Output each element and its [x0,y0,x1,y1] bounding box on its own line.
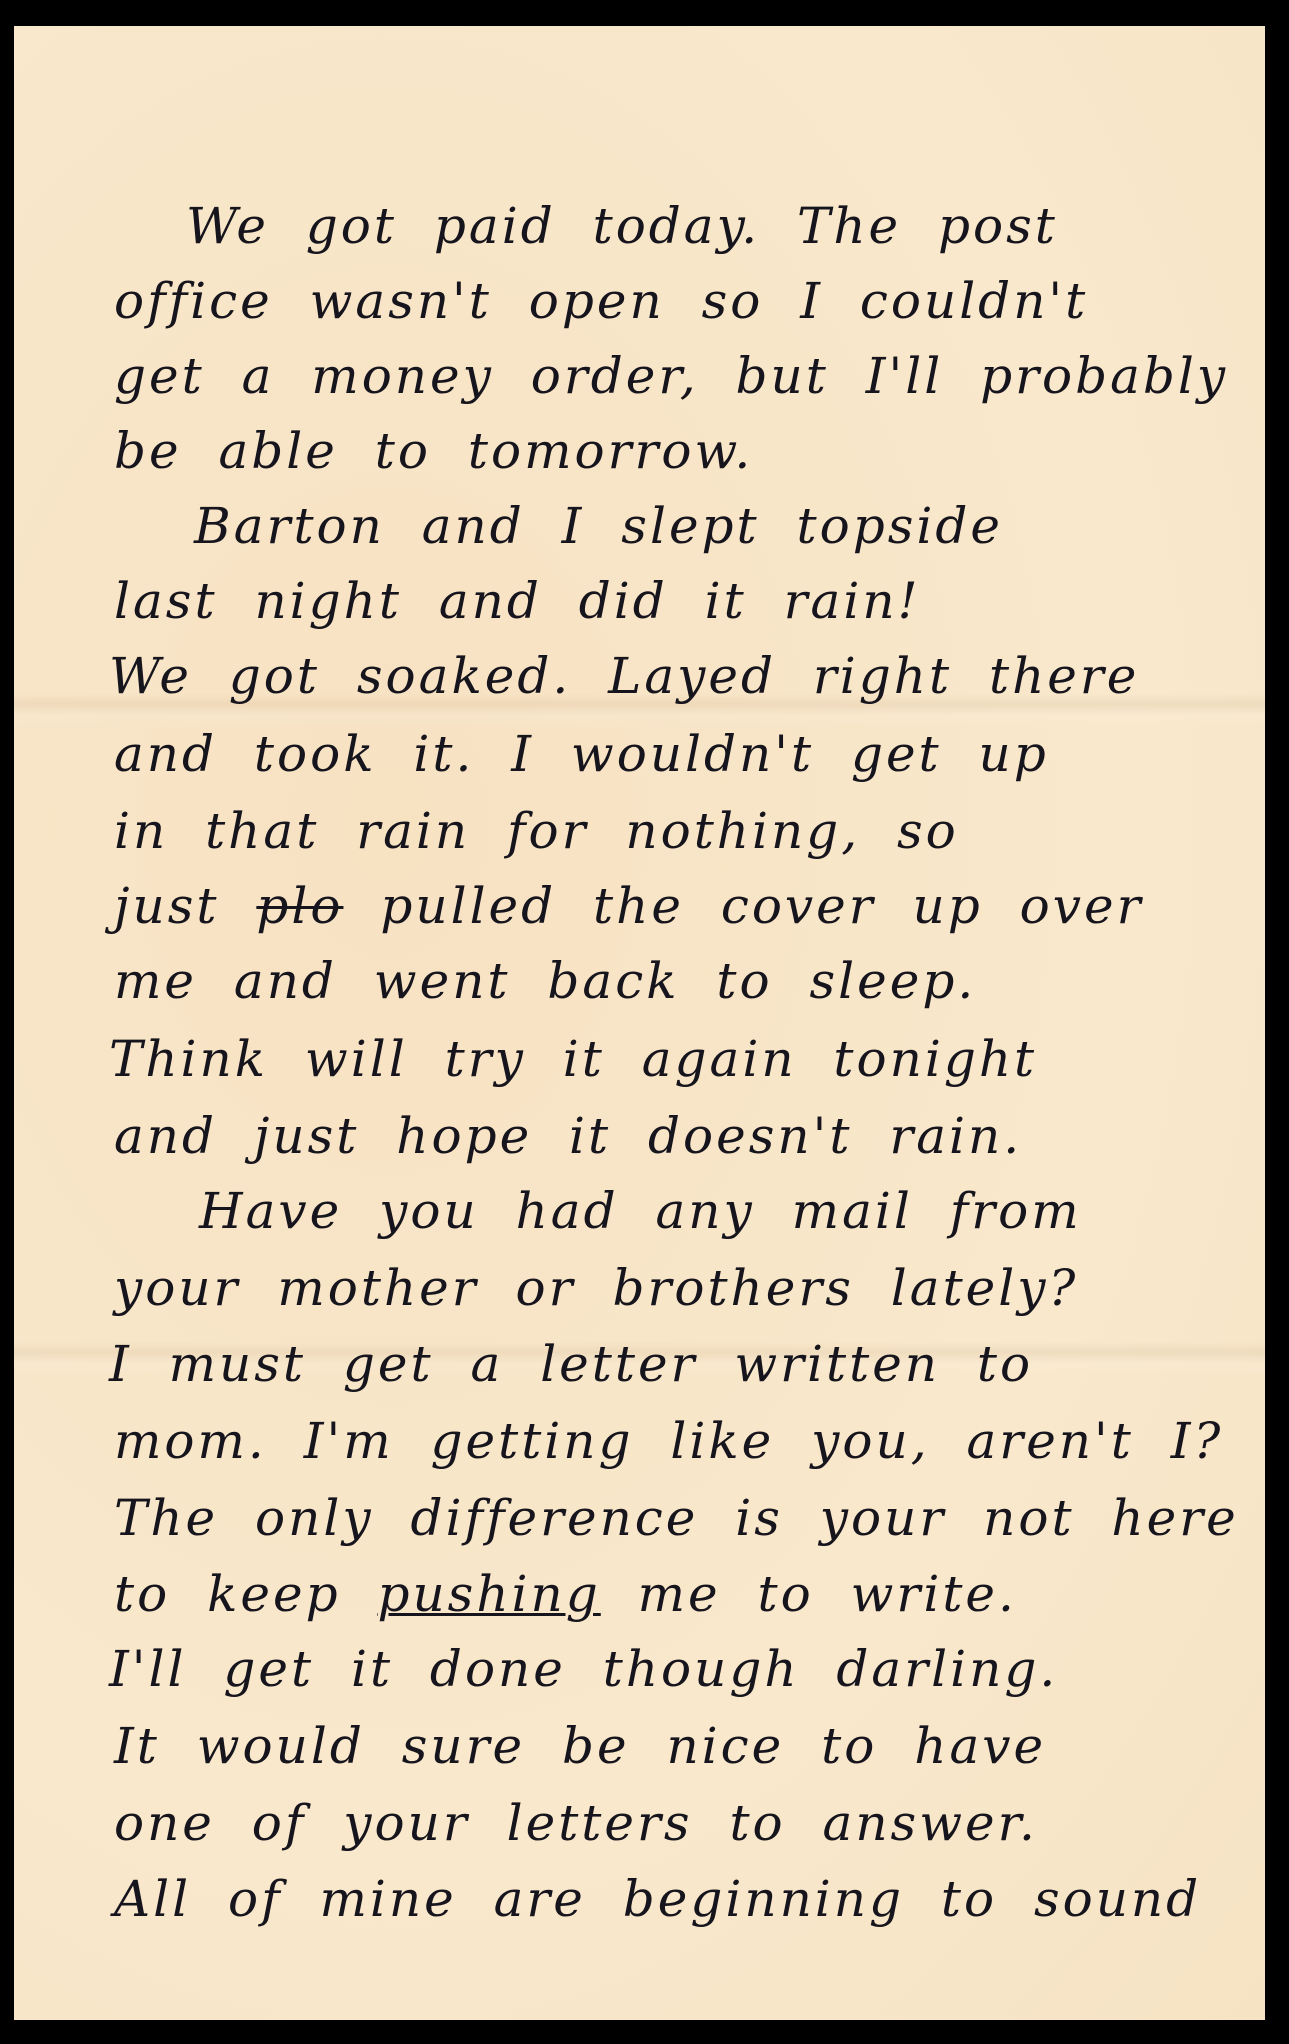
underlined-word: pushing [377,1565,600,1623]
line-text: last night and did it rain! [114,572,921,630]
handwritten-line: just plo pulled the cover up over [114,876,1144,936]
handwritten-line: and just hope it doesn't rain. [114,1106,1022,1166]
line-text: We got paid today. The post [186,197,1058,255]
handwritten-line: We got paid today. The post [186,196,1058,256]
line-text: Have you had any mail from [199,1182,1082,1240]
line-text: office wasn't open so I couldn't [114,272,1088,330]
handwritten-line: get a money order, but I'll probably [114,346,1228,406]
line-text: just [114,877,256,935]
line-text: be able to tomorrow. [114,422,753,480]
handwritten-line: and took it. I wouldn't get up [114,724,1049,784]
handwritten-line: I must get a letter written to [109,1334,1033,1394]
line-text: I must get a letter written to [109,1335,1033,1393]
handwritten-line: Barton and I slept topside [194,496,1003,556]
line-text: in [114,802,205,860]
line-text: and just hope it doesn't rain. [114,1107,1022,1165]
handwritten-line: in that rain for nothing, so [114,801,959,861]
line-text: mom. I'm getting like you, aren't I? [114,1412,1223,1470]
handwritten-line: We got soaked. Layed right there [109,646,1139,706]
line-text: that [205,802,319,860]
handwritten-line: be able to tomorrow. [114,421,753,481]
line-text: Barton and I slept topside [194,497,1003,555]
line-text: me to write. [601,1565,1017,1623]
line-text: to keep [114,1565,377,1623]
line-text: your mother or brothers lately? [114,1259,1078,1317]
handwritten-line: office wasn't open so I couldn't [114,271,1088,331]
line-text: get a money order, but I'll probably [114,347,1228,405]
handwritten-line: mom. I'm getting like you, aren't I? [114,1411,1223,1471]
handwritten-line: Think will try it again tonight [109,1029,1037,1089]
line-text: Think will try it again tonight [109,1030,1037,1088]
line-text: and took it. I wouldn't get up [114,725,1049,783]
line-text: The only difference is your not here [114,1489,1239,1547]
line-text: We got soaked. Layed right there [109,647,1139,705]
handwritten-line: one of your letters to answer. [114,1793,1038,1853]
handwritten-line: Have you had any mail from [199,1181,1082,1241]
letter-page: We got paid today. The postoffice wasn't… [14,26,1265,2020]
handwritten-line: It would sure be nice to have [114,1716,1046,1776]
handwritten-line: last night and did it rain! [114,571,921,631]
line-text: It would sure be nice to have [114,1717,1046,1775]
handwritten-line: All of mine are beginning to sound [114,1869,1201,1929]
line-text: me and went back to sleep. [114,952,976,1010]
line-text: rain for nothing, so [319,802,958,860]
handwritten-line: your mother or brothers lately? [114,1258,1078,1318]
handwritten-line: me and went back to sleep. [114,951,976,1011]
line-text: All of mine are beginning to sound [114,1870,1201,1928]
handwritten-line: to keep pushing me to write. [114,1564,1017,1624]
line-text: pulled the cover up over [343,877,1143,935]
handwritten-line: I'll get it done though darling. [109,1639,1058,1699]
line-text: one of your letters to answer. [114,1794,1038,1852]
line-text: I'll get it done though darling. [109,1640,1058,1698]
handwritten-line: The only difference is your not here [114,1488,1239,1548]
crossed-out-word: plo [256,877,343,935]
